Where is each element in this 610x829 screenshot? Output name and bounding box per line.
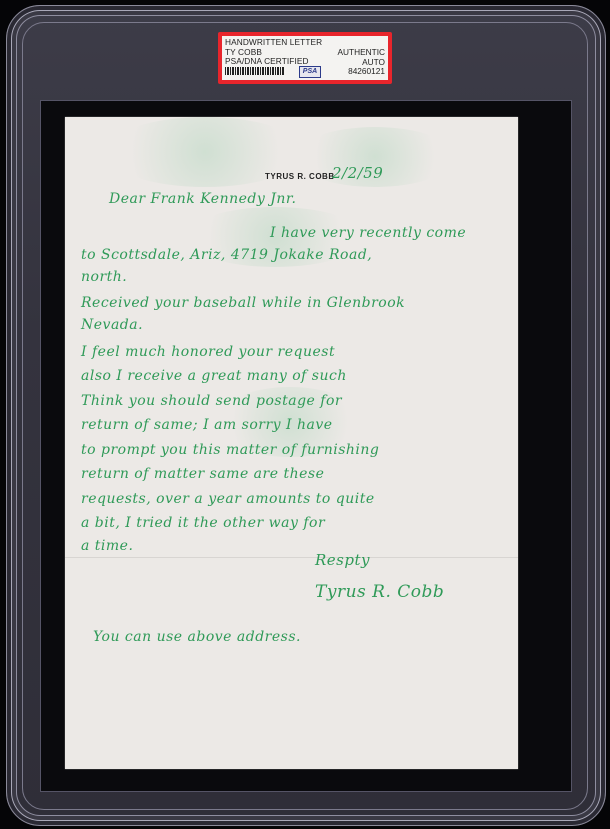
letter-line: Nevada. <box>81 317 143 333</box>
letter-line: return of matter same are these <box>81 466 324 482</box>
letter-closing: Respty <box>315 551 370 569</box>
label-grade: AUTHENTIC AUTO 84260121 <box>338 48 385 77</box>
psa-label: HANDWRITTEN LETTER TY COBB PSA/DNA CERTI… <box>218 32 392 84</box>
letter-line: requests, over a year amounts to quite <box>81 491 375 507</box>
label-description: HANDWRITTEN LETTER TY COBB PSA/DNA CERTI… <box>225 38 322 67</box>
letter-line: also I receive a great many of such <box>81 368 347 384</box>
letter-line: return of same; I am sorry I have <box>81 417 333 433</box>
letterhead: TYRUS R. COBB <box>265 172 335 181</box>
letter-line: north. <box>81 269 127 285</box>
letter-line: a bit, I tried it the other way for <box>81 515 325 531</box>
fold-line <box>65 557 518 558</box>
letter-line: a time. <box>81 538 133 554</box>
letter-paper: TYRUS R. COBB 2/2/59 Dear Frank Kennedy … <box>65 117 518 769</box>
letter-date: 2/2/59 <box>332 164 383 182</box>
barcode-icon <box>225 67 285 75</box>
postscript: You can use above address. <box>93 629 301 645</box>
letter-line: Think you should send postage for <box>81 393 342 409</box>
signature: Tyrus R. Cobb <box>315 582 444 602</box>
letter-line: to Scottsdale, Ariz, 4719 Jokake Road, <box>81 247 372 263</box>
letter-line: I have very recently come <box>270 225 466 241</box>
psa-logo-icon: PSA <box>299 66 321 78</box>
letter-line: Dear Frank Kennedy Jnr. <box>109 191 296 207</box>
letter-line: I feel much honored your request <box>81 344 335 360</box>
letter-line: to prompt you this matter of furnishing <box>81 442 379 458</box>
letter-line: Received your baseball while in Glenbroo… <box>81 295 405 311</box>
label-cert-number: 84260121 <box>338 67 385 77</box>
